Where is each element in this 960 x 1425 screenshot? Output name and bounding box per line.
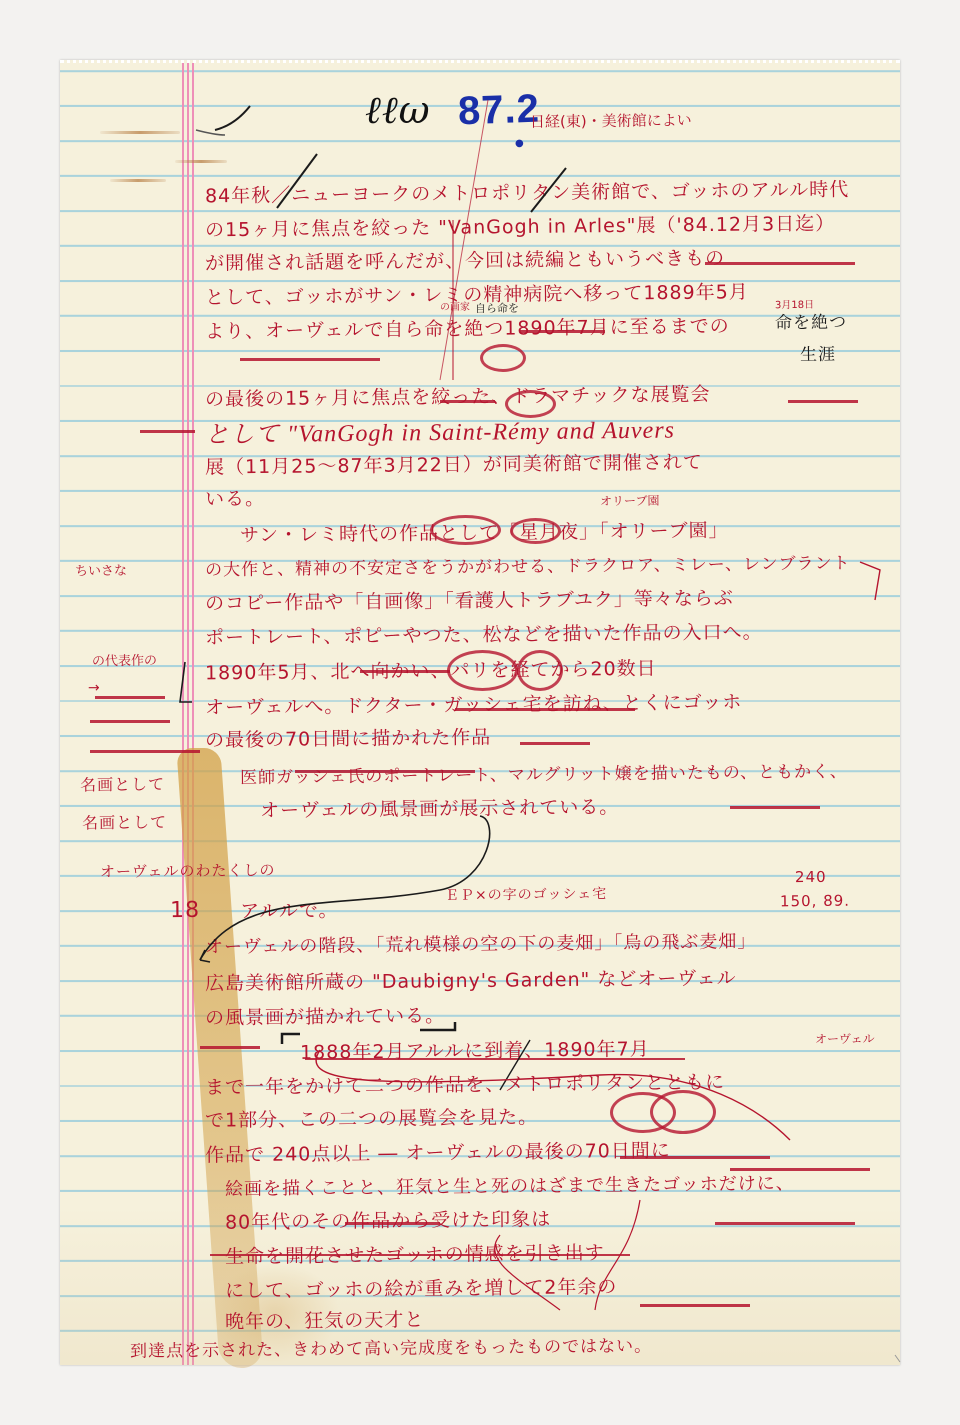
strike-through [240, 358, 380, 361]
staple-mark [110, 179, 166, 182]
text-line: より、オーヴェルで自ら命を絶つ1890年7月に至るまでの [205, 311, 730, 343]
strike-through [95, 696, 165, 699]
staple-mark [175, 160, 227, 163]
strike-through [520, 742, 590, 745]
text-line: アルルで。 [240, 895, 339, 923]
annotation: 生涯 [800, 340, 836, 365]
strike-through [620, 1156, 770, 1159]
scribble [517, 650, 563, 691]
text-line: 1888年2月アルルに到着、1890年7月 [300, 1034, 650, 1065]
margin-note: ちいさな [75, 560, 127, 580]
strike-through [90, 750, 200, 753]
annotation: オーヴェル [815, 1030, 875, 1048]
annotation-number: 240 [795, 868, 827, 886]
strike-through [140, 430, 195, 433]
text-line: 作品で 240点以上 ― オーヴェルの最後の70日間に [205, 1136, 671, 1168]
text-line: 展（11月25～87年3月22日）が同美術館で開催されて [205, 447, 703, 479]
page-number: 87.2 [457, 87, 540, 135]
strike-through [200, 1046, 260, 1049]
text-line: にして、ゴッホの絵が重みを増して2年余の [225, 1272, 618, 1303]
text-line: オーヴェルへ。ドクター・ガッシェ宅を訪ね、とくにゴッホ [205, 687, 743, 720]
scribble [480, 344, 526, 372]
strike-through [520, 330, 605, 333]
margin-note: オーヴェルのわたくしの [100, 859, 276, 882]
text-line: 80年代のその作品から受けた印象は [225, 1204, 551, 1234]
text-line: 晩年の、狂気の天才と [225, 1305, 425, 1334]
strike-through [440, 400, 495, 403]
strike-through [345, 1222, 440, 1225]
text-line: の最後の70日間に描かれた作品 [205, 723, 491, 753]
strike-through [210, 1254, 630, 1256]
margin-line [182, 63, 194, 1365]
annotation: 3月18日 [775, 296, 814, 311]
scribble [650, 1090, 716, 1134]
annotation: ＥＰ×の字のゴッシェ宅 [445, 883, 607, 905]
annotation: の画家 [440, 298, 470, 313]
strike-through [730, 806, 820, 809]
annotation: 自ら命を [475, 300, 519, 316]
strike-through [715, 1222, 855, 1225]
margin-note: 18 [170, 898, 200, 923]
strike-through [295, 770, 475, 773]
scribble [505, 390, 556, 418]
text-line: 広島美術館所蔵の "Daubigny's Garden" などオーヴェル [205, 963, 737, 996]
scribble [430, 515, 501, 545]
text-line: の風景画が描かれている。 [205, 1001, 445, 1031]
initials: ℓℓω [365, 88, 431, 133]
text-line: いる。 [205, 484, 265, 512]
margin-note: 名画として [80, 772, 165, 796]
margin-note: 名画として [82, 810, 167, 834]
header-note: 日経(東)・美術館によい [530, 109, 692, 132]
strike-through [788, 400, 858, 403]
text-line: で1部分、この二つの展覧会を見た。 [205, 1102, 538, 1132]
strike-through [730, 1168, 870, 1171]
margin-note: の代表作の [92, 650, 157, 670]
annotation: オリーブ園 [600, 492, 660, 510]
margin-note: → [88, 680, 101, 696]
text-line: として "VanGogh in Saint-Rémy and Auvers [205, 410, 675, 450]
strike-through [455, 708, 635, 711]
strike-through [640, 1304, 750, 1307]
annotation-number: 150, 89. [780, 892, 850, 911]
text-line: オーヴェルの風景画が展示されている。 [260, 792, 620, 823]
strike-through [305, 1058, 685, 1060]
text-line: の最後の15ヶ月に焦点を絞った、ドラマチックな展覧会 [205, 379, 711, 411]
scribble [447, 650, 518, 691]
scribble [510, 518, 561, 544]
strike-through [90, 720, 170, 723]
text-line: が開催され話題を呼んだが、今回は続編ともいうべきもの [205, 243, 725, 275]
annotation: 命を絶つ [775, 308, 847, 334]
staple-mark [100, 131, 180, 134]
text-line: のコピー作品や「自画像」「看護人トラブユク」等々ならぶ [205, 583, 734, 616]
strike-through [705, 262, 855, 265]
strike-through [360, 670, 450, 673]
